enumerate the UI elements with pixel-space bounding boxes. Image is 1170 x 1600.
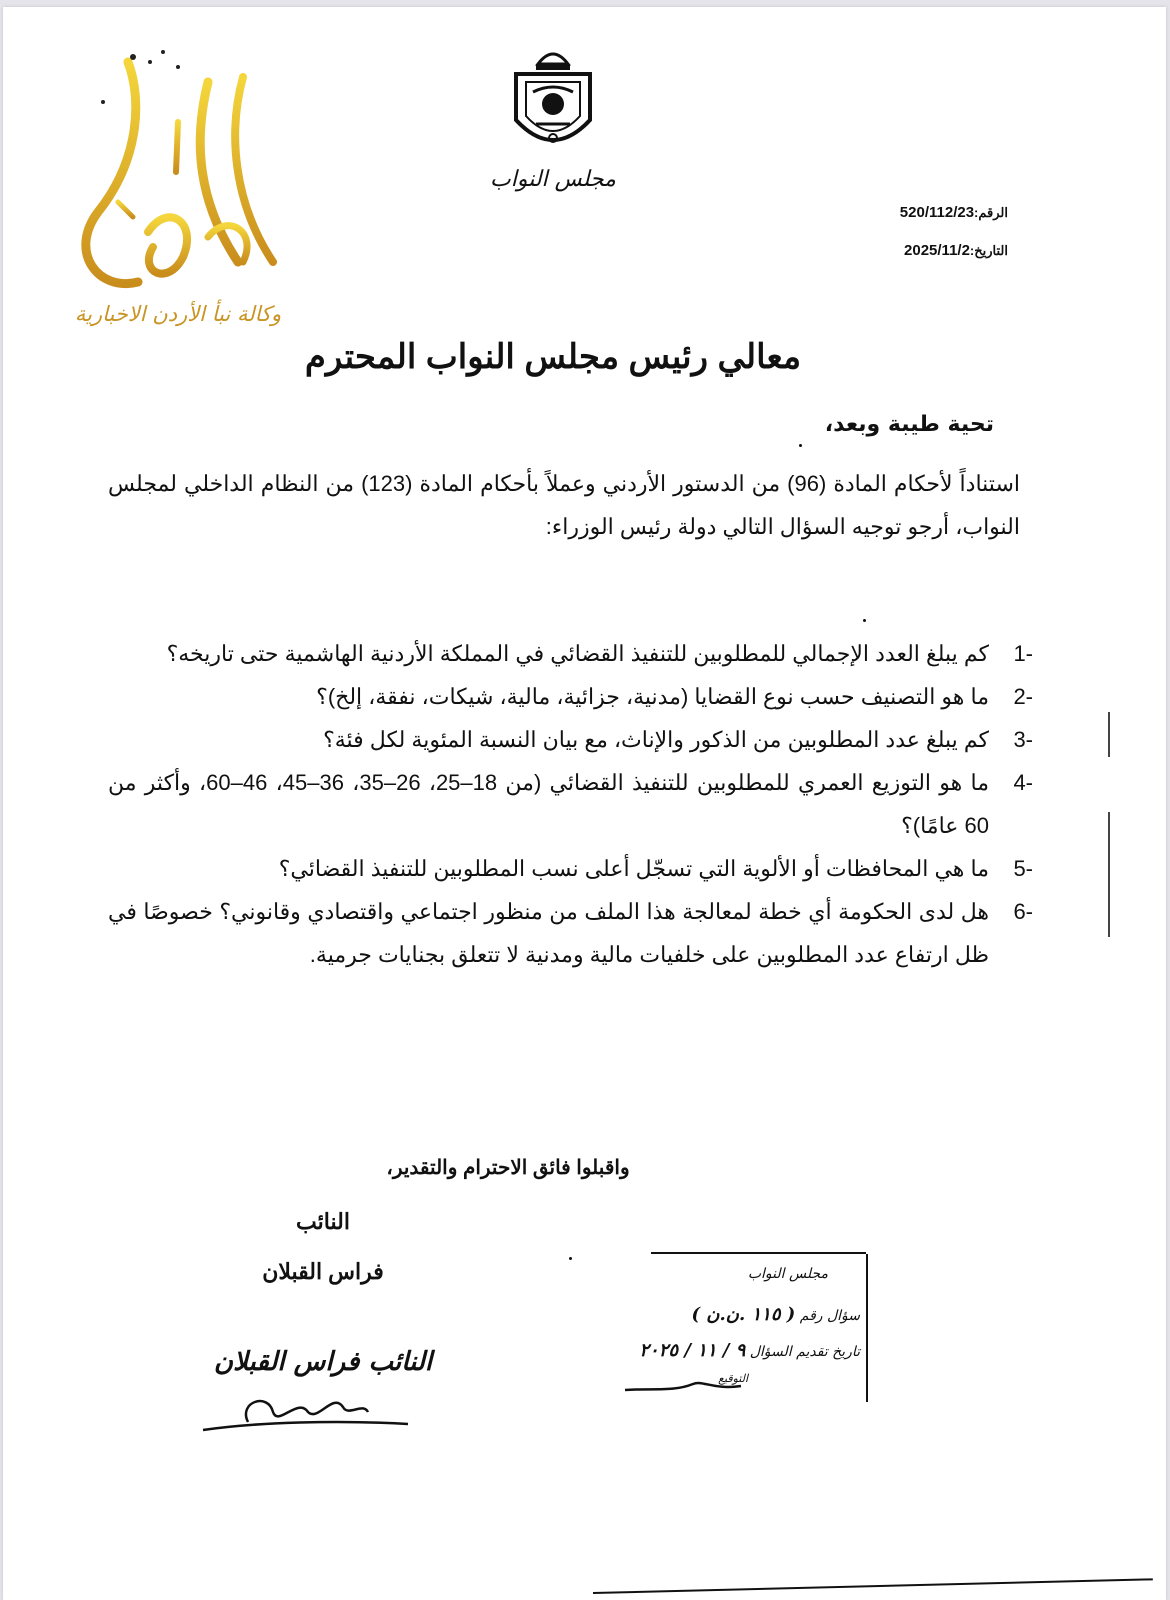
margin-scan-mark [1108, 712, 1110, 757]
stamp-border [651, 1252, 866, 1254]
question-text: كم يبلغ عدد المطلوبين من الذكور والإناث،… [108, 718, 989, 761]
signature-icon [198, 1382, 418, 1437]
intro-paragraph: استناداً لأحكام المادة (96) من الدستور ا… [108, 462, 1020, 548]
questions-list: 1- كم يبلغ العدد الإجمالي للمطلوبين للتن… [108, 632, 1033, 976]
closing-line: واقبلوا فائق الاحترام والتقدير، [303, 1155, 713, 1180]
question-item: 2- ما هو التصنيف حسب نوع القضايا (مدنية،… [108, 675, 1033, 718]
signature-scribble [198, 1382, 418, 1437]
stamp-signature-icon [623, 1376, 743, 1396]
reference-number-row: الرقم:520/112/23 [900, 194, 1008, 232]
sender-title: النائب [273, 1209, 373, 1235]
news-agency-watermark: وكالة نبأ الأردن الاخبارية [58, 32, 298, 352]
question-item: 4- ما هو التوزيع العمري للمطلوبين للتنفي… [108, 761, 1033, 847]
stamp-border [866, 1254, 868, 1402]
scan-dot [569, 1257, 572, 1260]
question-number: 1- [989, 632, 1033, 675]
question-number: 3- [989, 718, 1033, 761]
reference-date-row: التاريخ:2025/11/2 [900, 232, 1008, 270]
stamp-question-label: سؤال رقم [800, 1308, 860, 1324]
reference-date-value: 2025/11/2 [904, 242, 970, 259]
question-text: ما هو التوزيع العمري للمطلوبين للتنفيذ ا… [108, 761, 989, 847]
sender-name: فراس القبلان [238, 1259, 408, 1285]
question-number: 2- [989, 675, 1033, 718]
greeting: تحية طيبة وبعد، [825, 412, 994, 437]
watermark-caption: وكالة نبأ الأردن الاخبارية [58, 302, 298, 326]
calligraphy-logo-icon [58, 32, 298, 302]
stamp-date-row: تاريخ تقديم السؤال ٩ / ١١ / ٢٠٢٥ [639, 1340, 860, 1361]
question-text: ما هو التصنيف حسب نوع القضايا (مدنية، جز… [108, 675, 989, 718]
question-number: 5- [989, 847, 1033, 890]
scan-dot [863, 619, 866, 622]
scan-dot [799, 444, 802, 447]
bottom-rule-line [593, 1578, 1153, 1594]
reference-number-value: 520/112/23 [900, 204, 974, 221]
question-number: 4- [989, 761, 1033, 847]
institution-name: مجلس النواب [473, 167, 633, 192]
handwritten-signature-text: النائب فراس القبلان [198, 1347, 448, 1377]
question-item: 6- هل لدى الحكومة أي خطة لمعالجة هذا الم… [108, 890, 1033, 976]
stamp-question-row: سؤال رقم ( ١١٥ .ن.ن ) [691, 1304, 860, 1325]
question-item: 3- كم يبلغ عدد المطلوبين من الذكور والإن… [108, 718, 1033, 761]
reference-date-label: التاريخ: [970, 243, 1008, 258]
margin-scan-mark [1108, 812, 1110, 937]
stamp-date-label: تاريخ تقديم السؤال [750, 1344, 860, 1360]
question-item: 5- ما هي المحافظات أو الألوية التي تسجّل… [108, 847, 1033, 890]
crest-icon [508, 42, 598, 162]
question-text: ما هي المحافظات أو الألوية التي تسجّل أع… [108, 847, 989, 890]
question-text: هل لدى الحكومة أي خطة لمعالجة هذا الملف … [108, 890, 989, 976]
question-item: 1- كم يبلغ العدد الإجمالي للمطلوبين للتن… [108, 632, 1033, 675]
receipt-stamp: مجلس النواب سؤال رقم ( ١١٥ .ن.ن ) تاريخ … [593, 1252, 868, 1402]
question-number: 6- [989, 890, 1033, 976]
reference-block: الرقم:520/112/23 التاريخ:2025/11/2 [900, 194, 1008, 270]
reference-number-label: الرقم: [974, 205, 1008, 220]
stamp-date-value: ٩ / ١١ / ٢٠٢٥ [639, 1340, 745, 1361]
coat-of-arms-emblem [508, 42, 598, 162]
stamp-header: مجلس النواب [748, 1266, 828, 1282]
addressee-heading: معالي رئيس مجلس النواب المحترم [203, 337, 903, 377]
stamp-question-number: ( ١١٥ .ن.ن ) [691, 1304, 795, 1325]
document-page: وكالة نبأ الأردن الاخبارية مجلس النواب ا… [3, 7, 1166, 1600]
question-text: كم يبلغ العدد الإجمالي للمطلوبين للتنفيذ… [108, 632, 989, 675]
